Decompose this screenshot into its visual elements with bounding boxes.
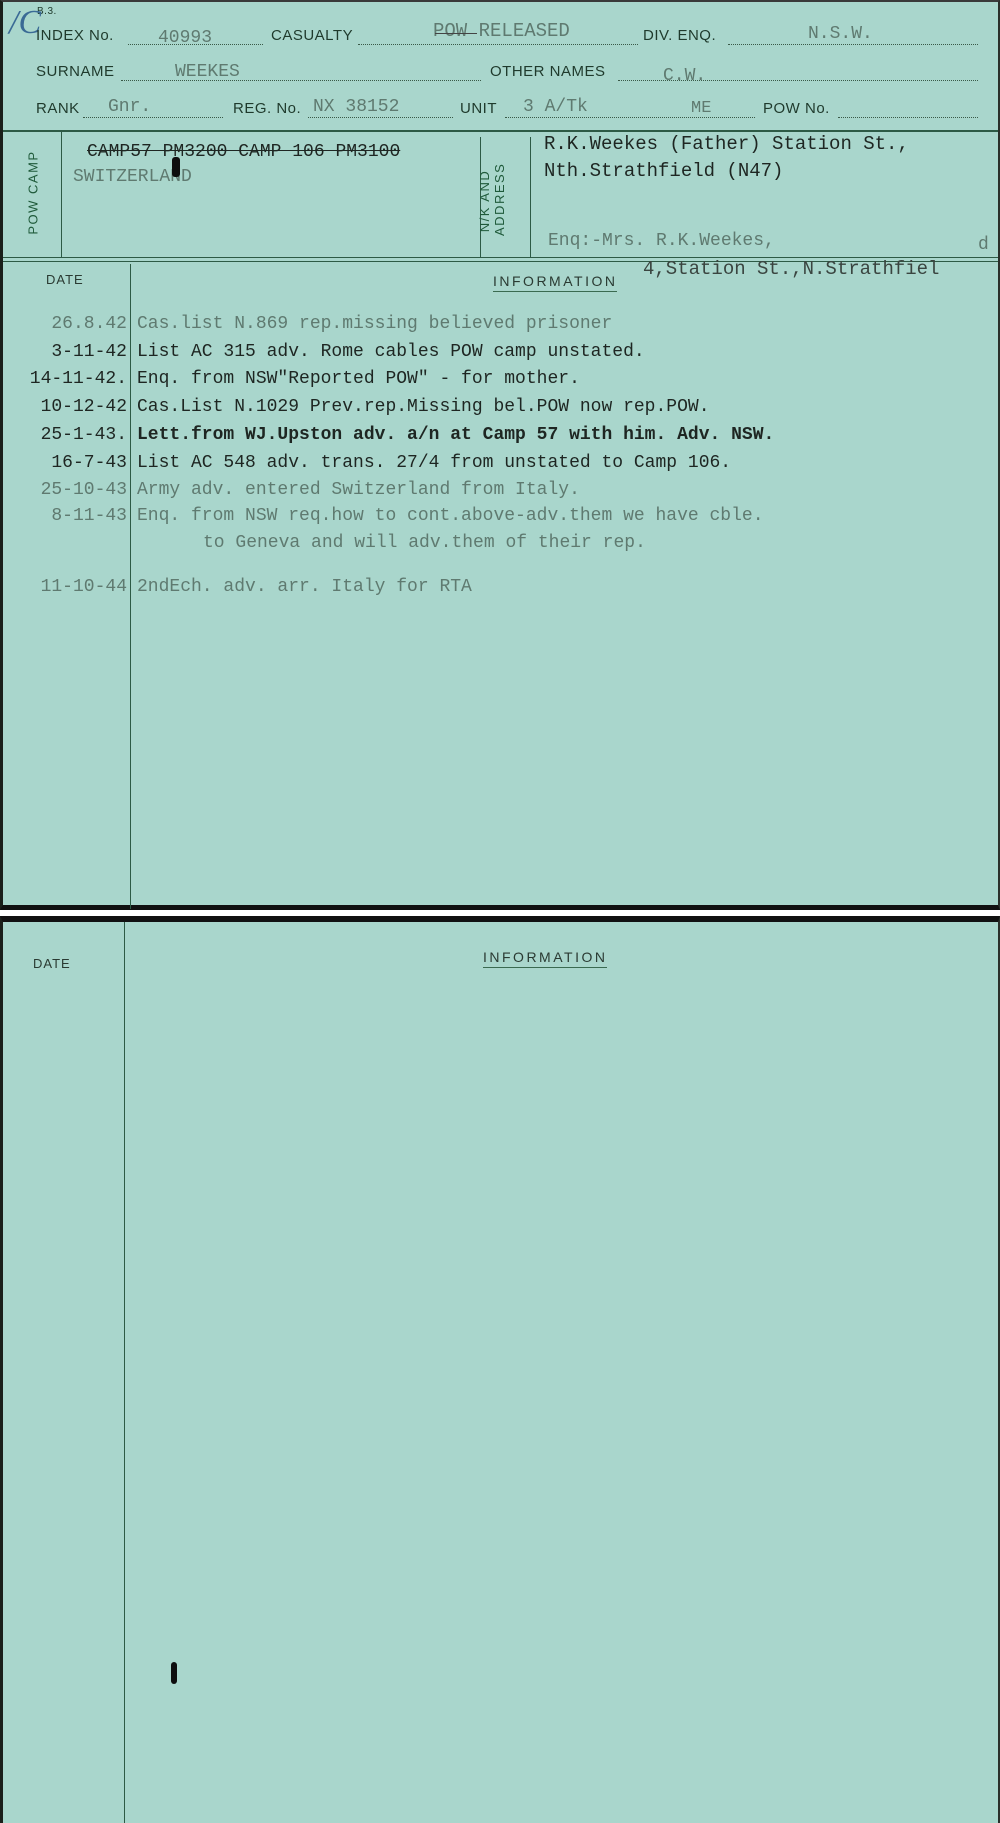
pow-no-label: POW No. (763, 100, 830, 117)
nk-label-line1: N/K AND (477, 166, 492, 236)
nk-address-line2: Nth.Strathfield (N47) (544, 160, 783, 182)
entry-date: 8-11-43 (3, 506, 127, 526)
entry-date: 14-11-42. (3, 369, 127, 389)
pow-camp-line1: CAMP57 PM3200 CAMP 106 PM3100 (87, 142, 400, 162)
back-information-column-header: INFORMATION (483, 949, 607, 968)
reg-no-label: REG. No. (233, 100, 301, 117)
nk-address-line4: 4,Station St.,N.Strathfiel (643, 258, 939, 280)
pow-camp-label: POW CAMP (26, 143, 41, 243)
nk-address-label: N/K AND ADDRESS (477, 166, 507, 236)
nk-address-line3-tail: d (978, 235, 989, 255)
surname-label: SURNAME (36, 63, 115, 80)
entry-date: 25-1-43. (3, 425, 127, 445)
index-card-front: B.3. /C INDEX No. 40993 CASUALTY POW REL… (0, 0, 1000, 910)
unit-extra: ME (691, 99, 711, 118)
reg-no-value: NX 38152 (313, 97, 399, 117)
entry-date: 26.8.42 (3, 314, 127, 334)
div-enq-label: DIV. ENQ. (643, 27, 716, 44)
entry-date: 10-12-42 (3, 397, 127, 417)
nk-address-line3: Enq:-Mrs. R.K.Weekes, (548, 231, 775, 251)
entry-text: List AC 548 adv. trans. 27/4 from unstat… (137, 453, 731, 473)
nk-address-line1: R.K.Weekes (Father) Station St., (544, 133, 909, 155)
unit-label: UNIT (460, 100, 497, 117)
information-column-header: INFORMATION (493, 273, 617, 292)
entry-text: Army adv. entered Switzerland from Italy… (137, 480, 580, 500)
index-label: INDEX No. (36, 27, 114, 44)
back-date-column-header: DATE (33, 956, 71, 971)
other-names-label: OTHER NAMES (490, 63, 606, 80)
punch-hole-mark (172, 157, 180, 177)
rank-label: RANK (36, 100, 80, 117)
entry-date: 3-11-42 (3, 342, 127, 362)
index-value: 40993 (158, 28, 212, 48)
entry-text: Enq. from NSW"Reported POW" - for mother… (137, 369, 580, 389)
unit-value: 3 A/Tk (523, 97, 588, 117)
date-column-header: DATE (46, 272, 84, 287)
entry-text: Cas.list N.869 rep.missing believed pris… (137, 314, 612, 334)
entry-text: Cas.List N.1029 Prev.rep.Missing bel.POW… (137, 397, 710, 417)
surname-value: WEEKES (175, 62, 240, 82)
index-card-back: DATE INFORMATION (0, 916, 1000, 1823)
entry-text: Enq. from NSW req.how to cont.above-adv.… (137, 506, 764, 526)
entry-date: 25-10-43 (3, 480, 127, 500)
entry-text: Lett.from WJ.Upston adv. a/n at Camp 57 … (137, 425, 774, 445)
ink-mark (171, 1662, 177, 1684)
entry-continuation: to Geneva and will adv.them of their rep… (203, 533, 646, 553)
rank-value: Gnr. (108, 97, 151, 117)
casualty-label: CASUALTY (271, 27, 353, 44)
entry-text: 2ndEch. adv. arr. Italy for RTA (137, 577, 472, 597)
entry-date: 11-10-44 (3, 577, 127, 597)
entry-date: 16-7-43 (3, 453, 127, 473)
casualty-value: POW RELEASED (433, 20, 570, 42)
nk-label-line2: ADDRESS (492, 166, 507, 236)
entry-text: List AC 315 adv. Rome cables POW camp un… (137, 342, 645, 362)
other-names-value: C.W. (663, 66, 706, 86)
div-enq-value: N.S.W. (808, 24, 873, 44)
